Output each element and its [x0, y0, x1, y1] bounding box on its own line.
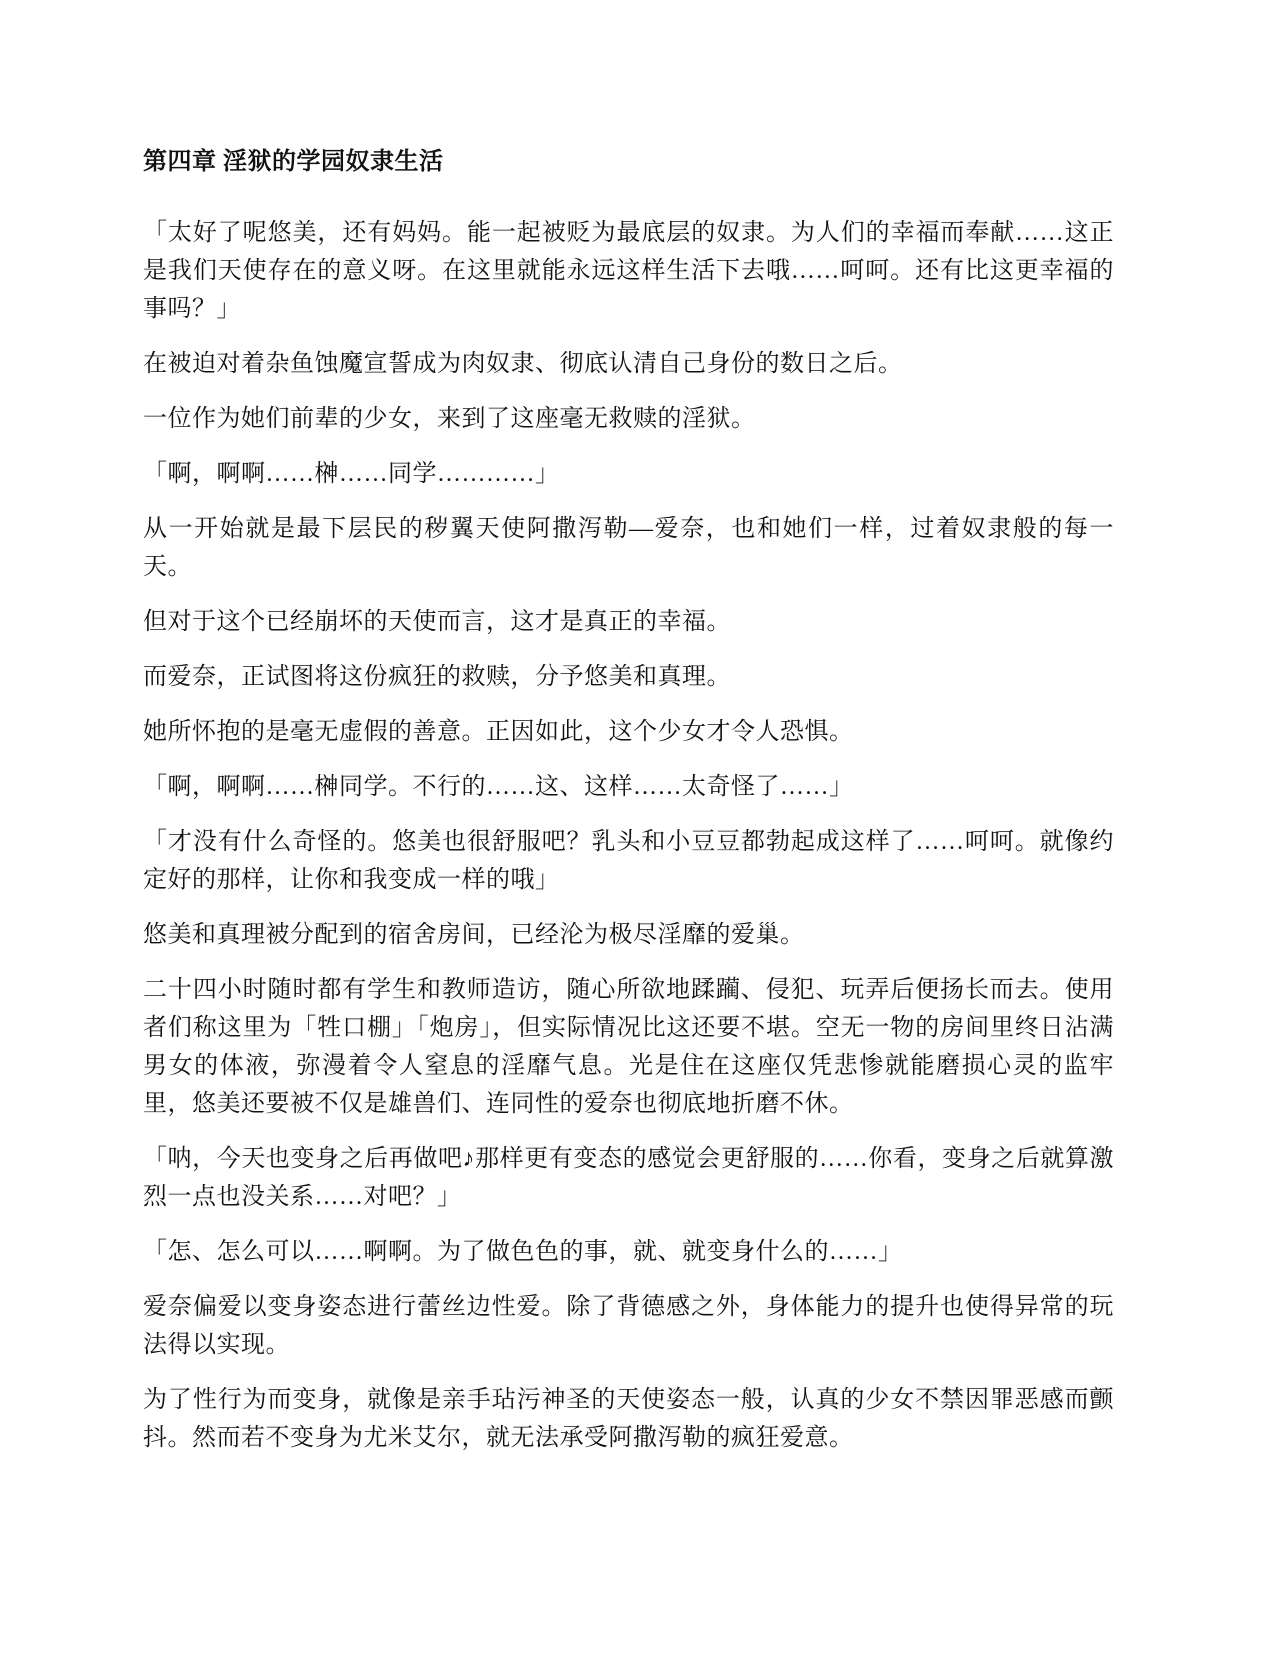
- paragraph-narration-goodwill: 她所怀抱的是毫无虚假的善意。正因如此，这个少女才令人恐惧。: [143, 713, 1114, 751]
- paragraph-narration-fallen-angel: 从一开始就是最下层民的秽翼天使阿撒泻勒—爱奈，也和她们一样，过着奴隶般的每一天。: [143, 510, 1114, 586]
- paragraph-narration-broken-angel: 但对于这个已经崩坏的天使而言，这才是真正的幸福。: [143, 603, 1114, 641]
- paragraph-narration-senpai-arrival: 一位作为她们前辈的少女，来到了这座毫无救赎的淫狱。: [143, 400, 1114, 438]
- chapter-title: 第四章 淫狱的学园奴隶生活: [143, 146, 1114, 178]
- paragraph-dialogue-refusal: 「怎、怎么可以……啊啊。为了做色色的事，就、就变身什么的……」: [143, 1233, 1114, 1271]
- paragraph-narration-24hours: 二十四小时随时都有学生和教师造访，随心所欲地蹂躏、侵犯、玩弄后便扬长而去。使用者…: [143, 971, 1114, 1123]
- paragraph-dialogue-ena-opening: 「太好了呢悠美，还有妈妈。能一起被贬为最底层的奴隶。为人们的幸福而奉献……这正是…: [143, 214, 1114, 328]
- paragraph-dialogue-transform-invite: 「呐，今天也变身之后再做吧♪那样更有变态的感觉会更舒服的……你看，变身之后就算激…: [143, 1140, 1114, 1216]
- paragraph-narration-salvation: 而爱奈，正试图将这份疯狂的救赎，分予悠美和真理。: [143, 658, 1114, 696]
- paragraph-narration-guilt: 为了性行为而变身，就像是亲手玷污神圣的天使姿态一般，认真的少女不禁因罪恶感而颤抖…: [143, 1381, 1114, 1457]
- paragraph-narration-preference: 爱奈偏爱以变身姿态进行蕾丝边性爱。除了背德感之外，身体能力的提升也使得异常的玩法…: [143, 1288, 1114, 1364]
- paragraph-dialogue-ena-reply: 「才没有什么奇怪的。悠美也很舒服吧？乳头和小豆豆都勃起成这样了……呵呵。就像约定…: [143, 823, 1114, 899]
- paragraph-narration-oath: 在被迫对着杂鱼蚀魔宣誓成为肉奴隶、彻底认清自己身份的数日之后。: [143, 345, 1114, 383]
- paragraph-narration-dorm-room: 悠美和真理被分配到的宿舍房间，已经沦为极尽淫靡的爱巢。: [143, 916, 1114, 954]
- paragraph-dialogue-stammer: 「啊，啊啊……榊……同学…………」: [143, 455, 1114, 493]
- document-page: 第四章 淫狱的学园奴隶生活 「太好了呢悠美，还有妈妈。能一起被贬为最底层的奴隶。…: [0, 0, 1280, 1656]
- paragraph-dialogue-protest: 「啊，啊啊……榊同学。不行的……这、这样……太奇怪了……」: [143, 768, 1114, 806]
